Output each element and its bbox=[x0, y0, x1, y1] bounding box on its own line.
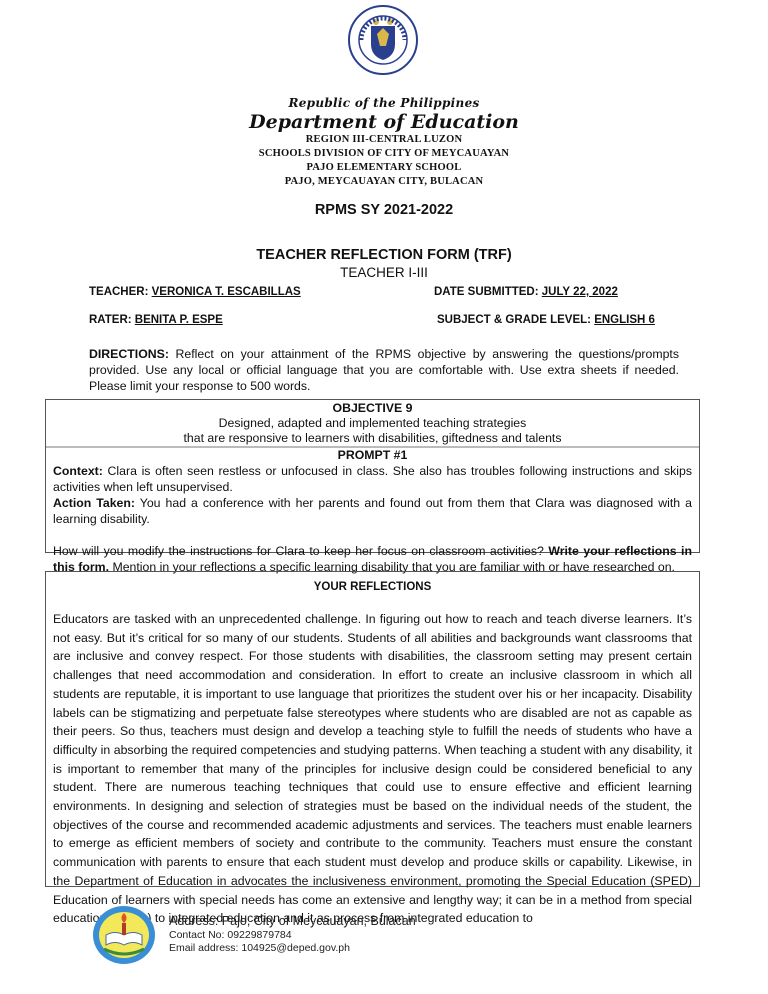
action-text: You had a conference with her parents an… bbox=[53, 496, 692, 526]
department-heading: Department of Education bbox=[0, 111, 768, 133]
objective-box: OBJECTIVE 9 Designed, adapted and implem… bbox=[45, 399, 700, 553]
reflections-text: Educators are tasked with an unprecedent… bbox=[46, 610, 699, 928]
division-line: SCHOOLS DIVISION OF CITY OF MEYCAUAYAN bbox=[0, 147, 768, 161]
rater-value: BENITA P. ESPE bbox=[135, 314, 223, 326]
subject-value: ENGLISH 6 bbox=[594, 314, 655, 326]
school-address-line: PAJO, MEYCAUAYAN CITY, BULACAN bbox=[0, 175, 768, 189]
subject-grade-field: SUBJECT & GRADE LEVEL: ENGLISH 6 bbox=[437, 314, 655, 326]
rater-field: RATER: BENITA P. ESPE bbox=[89, 314, 223, 326]
reflections-title: YOUR REFLECTIONS bbox=[46, 580, 699, 594]
action-paragraph: Action Taken: You had a conference with … bbox=[53, 495, 692, 527]
date-submitted-field: DATE SUBMITTED: JULY 22, 2022 bbox=[434, 286, 618, 298]
objective-line-2: that are responsive to learners with dis… bbox=[46, 431, 699, 446]
rater-label: RATER: bbox=[89, 314, 135, 326]
objective-line-1: Designed, adapted and implemented teachi… bbox=[46, 416, 699, 431]
school-line: PAJO ELEMENTARY SCHOOL bbox=[0, 161, 768, 175]
subject-label: SUBJECT & GRADE LEVEL: bbox=[437, 314, 594, 326]
objective-title: OBJECTIVE 9 bbox=[46, 401, 699, 416]
date-label: DATE SUBMITTED: bbox=[434, 286, 542, 298]
school-logo-icon bbox=[92, 905, 156, 965]
directions: DIRECTIONS: Reflect on your attainment o… bbox=[89, 346, 679, 394]
date-value: JULY 22, 2022 bbox=[542, 286, 618, 298]
teacher-field: TEACHER: VERONICA T. ESCABILLAS bbox=[89, 286, 301, 298]
footer-contact-number: Contact No: 09229879784 bbox=[169, 929, 416, 942]
question-text: How will you modify the instructions for… bbox=[53, 544, 548, 558]
form-subtitle: TEACHER I-III bbox=[0, 264, 768, 281]
teacher-value: VERONICA T. ESCABILLAS bbox=[152, 286, 301, 298]
prompt-label: PROMPT #1 bbox=[46, 448, 699, 462]
directions-label: DIRECTIONS: bbox=[89, 347, 169, 361]
footer-email: Email address: 104925@deped.gov.ph bbox=[169, 942, 416, 955]
footer-address: Address: Pajo, City of Meycauayan, Bulac… bbox=[169, 914, 416, 929]
teacher-label: TEACHER: bbox=[89, 286, 152, 298]
region-line: REGION III-CENTRAL LUZON bbox=[0, 133, 768, 147]
context-paragraph: Context: Clara is often seen restless or… bbox=[53, 463, 692, 495]
footer-contact: Address: Pajo, City of Meycauayan, Bulac… bbox=[169, 914, 416, 955]
prompt-body: Context: Clara is often seen restless or… bbox=[46, 462, 699, 575]
rpms-year: RPMS SY 2021-2022 bbox=[0, 202, 768, 218]
deped-seal-icon bbox=[347, 4, 419, 76]
action-label: Action Taken: bbox=[53, 496, 135, 510]
letterhead: Republic of the Philippines Department o… bbox=[0, 96, 768, 189]
reflections-box: YOUR REFLECTIONS Educators are tasked wi… bbox=[45, 571, 700, 887]
republic-heading: Republic of the Philippines bbox=[0, 96, 768, 110]
form-title: TEACHER REFLECTION FORM (TRF) bbox=[0, 246, 768, 264]
directions-text: Reflect on your attainment of the RPMS o… bbox=[89, 347, 679, 393]
objective-header: OBJECTIVE 9 Designed, adapted and implem… bbox=[46, 400, 699, 446]
context-text: Clara is often seen restless or unfocuse… bbox=[53, 464, 692, 494]
context-label: Context: bbox=[53, 464, 103, 478]
